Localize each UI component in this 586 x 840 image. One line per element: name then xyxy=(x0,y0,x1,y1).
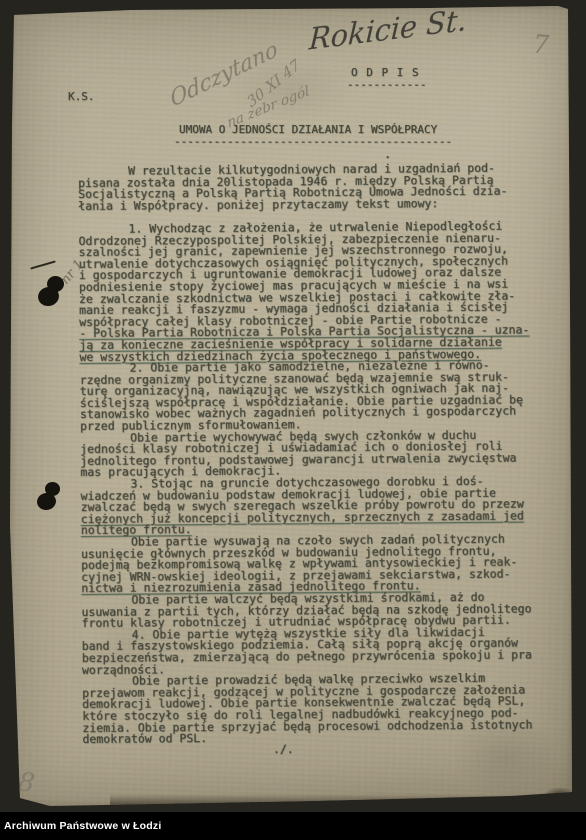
corner-reference-ks: K.S. xyxy=(68,90,95,103)
paper-sheet: K.S. O D P I S ------------ UMOWA O JEDN… xyxy=(10,6,572,806)
pen-stroke-icon xyxy=(30,260,56,269)
handwritten-heading-rokicie: Rokicie St. xyxy=(308,3,467,57)
scanned-document-page: K.S. O D P I S ------------ UMOWA O JEDN… xyxy=(0,0,586,840)
paragraph: 3. Stojąc na gruncie dotychczasowego dor… xyxy=(80,475,550,537)
copy-label-underline: ------------ xyxy=(347,78,426,91)
paper-bottom-fold-shadow xyxy=(110,794,570,806)
paragraph: 4. Obie partie wytężą wszystkie siły dla… xyxy=(82,626,552,676)
paragraph: 1. Wychodząc z założenia, że utrwalenie … xyxy=(78,220,549,363)
paragraph: Obie partie wychowywać będą swych członk… xyxy=(80,429,550,479)
handwritten-page-number-bottom: 8 xyxy=(16,767,37,799)
archive-watermark-bar: Archiwum Państwowe w Łodzi xyxy=(0,812,586,840)
body-line: łania i Współpracy. poniżej przytaczamy … xyxy=(78,197,548,212)
stray-typed-dot: . xyxy=(384,147,391,161)
paragraph: Obie partie wysuwają na czoło swych zada… xyxy=(81,533,551,595)
paragraph: 2. Obie partie jako samodzielne, niezale… xyxy=(80,359,551,432)
end-of-page-mark: ./. xyxy=(273,742,294,756)
paper-corner-shadow xyxy=(538,784,582,808)
archive-watermark-label: Archiwum Państwowe w Łodzi xyxy=(0,820,161,832)
document-body: W rezultacie kilkutygodniowych narad i u… xyxy=(78,162,553,745)
handwritten-page-number-top: 7 xyxy=(532,29,550,59)
document-title-underline: ----------------------------------------… xyxy=(174,135,452,148)
paragraph: Obie partie prowadzić będą walkę przeciw… xyxy=(82,672,553,745)
paragraph: W rezultacie kilkutygodniowych narad i u… xyxy=(78,162,548,212)
